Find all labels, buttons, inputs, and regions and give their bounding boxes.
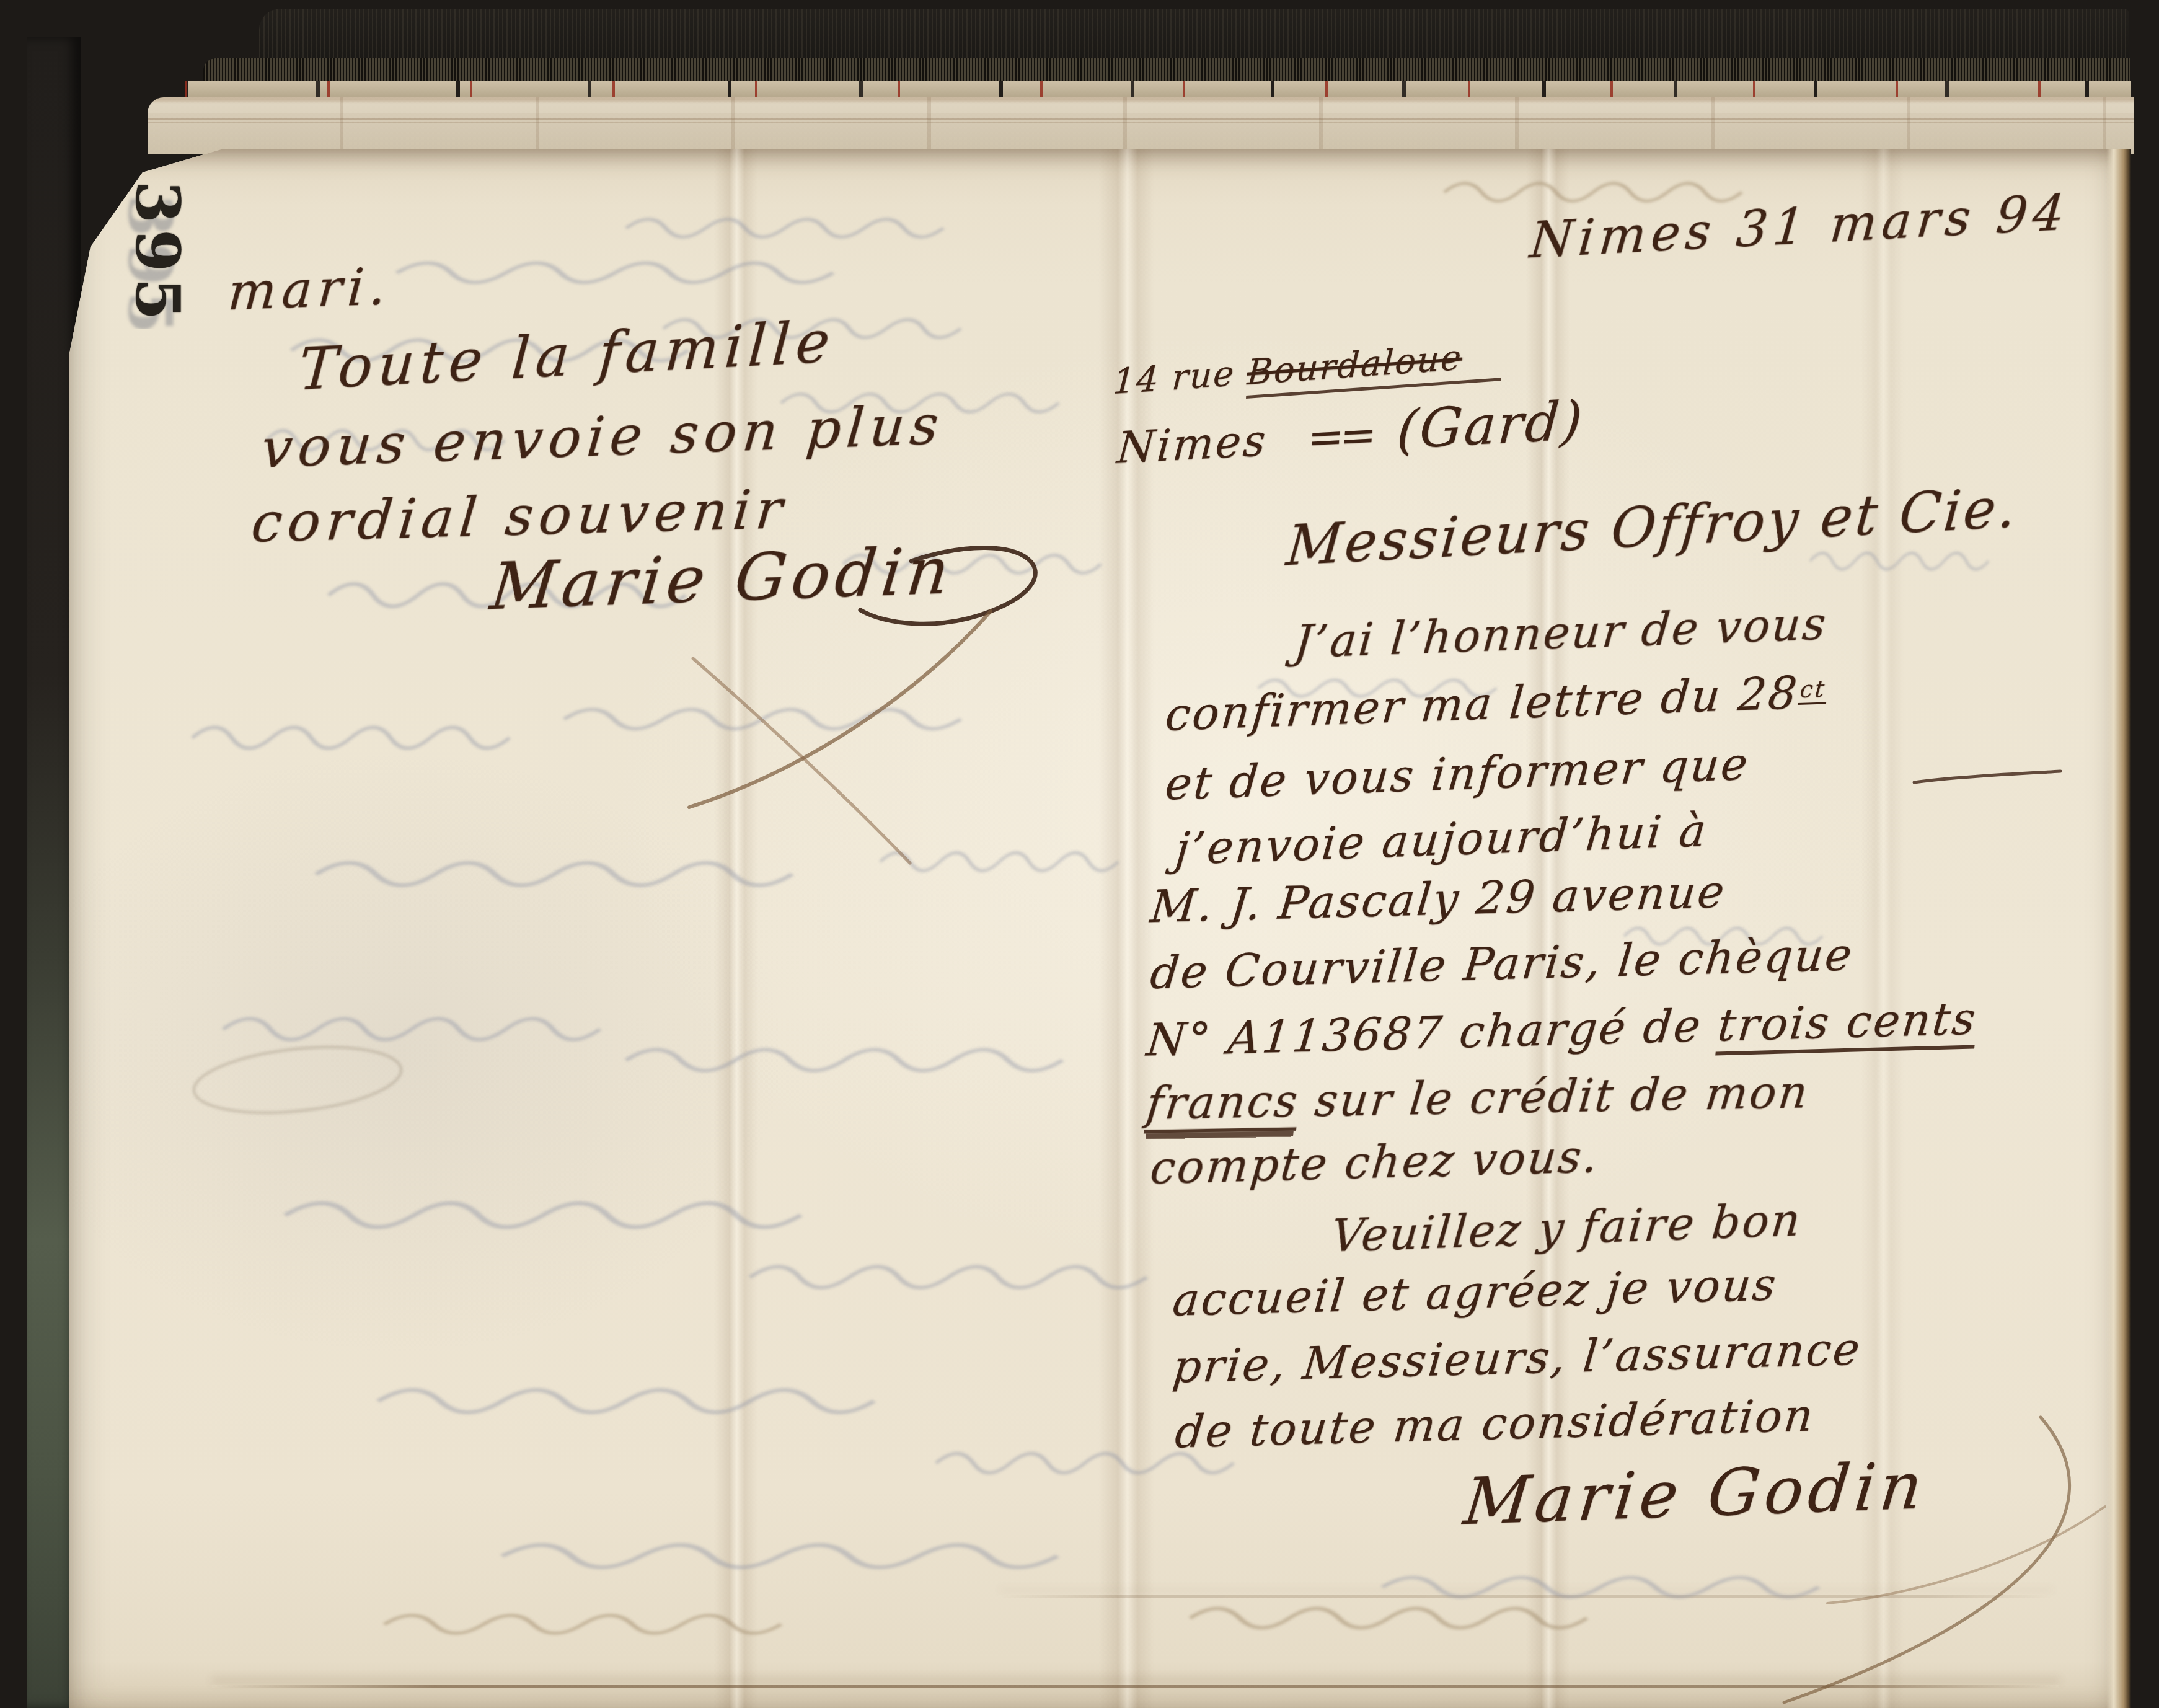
- page-edges-stack: [148, 97, 2134, 154]
- page-right-edge: [2106, 149, 2131, 1708]
- address-city: Nimes: [1115, 415, 1269, 474]
- letter-body-line-8-text: sur le crédit de mon: [1296, 1066, 1812, 1127]
- letterbook-photo: 395 mari. Toute la famille vous envoie s…: [0, 0, 2159, 1708]
- letter-body-line-8-underlined: francs: [1144, 1074, 1302, 1133]
- letter-body-line-2-superscript: ct: [1798, 675, 1829, 706]
- address-separator-dashes: ==: [1306, 409, 1375, 464]
- page-bottom-crease: [212, 1685, 2059, 1688]
- prev-letter-line-1: mari.: [226, 257, 394, 322]
- page-crease: [999, 1595, 2053, 1598]
- page-fold-line: [714, 149, 757, 1708]
- page-number-stamp: 395: [121, 181, 193, 327]
- page-edges-ribbed-band: [203, 58, 2130, 84]
- letter-body-line-7-underlined: trois cents: [1715, 992, 1979, 1055]
- book-spine-cloth-edge: [259, 9, 2129, 62]
- address-department: (Gard): [1395, 389, 1586, 461]
- page-edges-marbled-band: [185, 81, 2131, 99]
